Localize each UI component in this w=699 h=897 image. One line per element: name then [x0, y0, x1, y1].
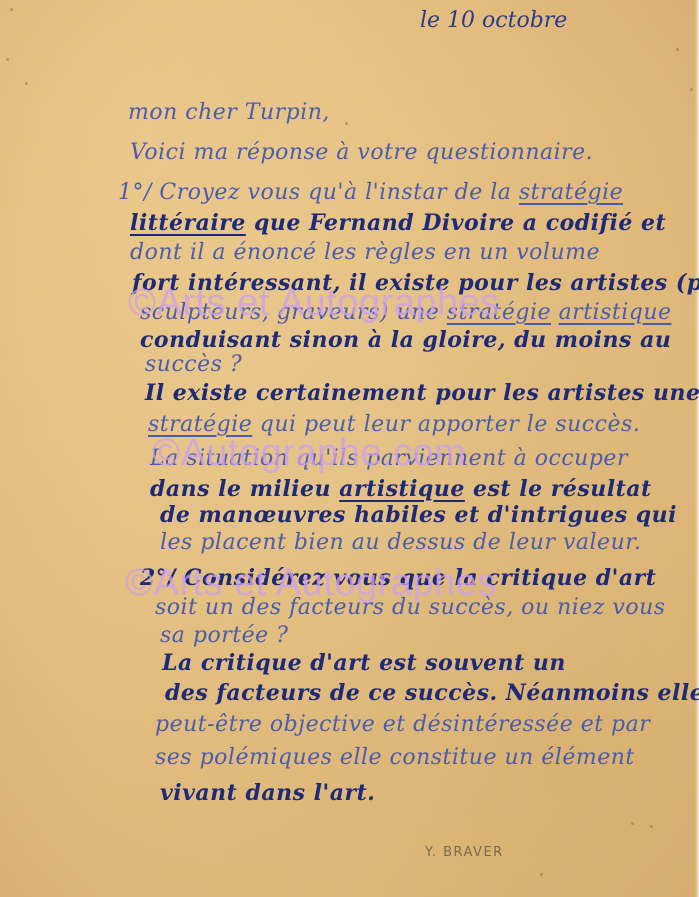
salutation: mon cher Turpin,: [128, 100, 330, 125]
letter-page: le 10 octobre mon cher Turpin, Voici ma …: [0, 0, 699, 897]
underlined-word: littéraire: [130, 210, 246, 236]
question-1-line-7: succès ?: [145, 352, 242, 377]
answer-1-line-3: La situation qu'ils parviennent à occupe…: [150, 446, 628, 471]
question-2-line-2: soit un des facteurs du succès, ou niez …: [155, 595, 666, 620]
paper-speck: [631, 822, 634, 825]
paper-speck: [345, 122, 348, 125]
paper-speck: [25, 82, 28, 85]
question-1-line-3: dont il a énoncé les règles en un volume: [130, 240, 600, 265]
paper-speck: [690, 88, 693, 91]
underlined-word: stratégie: [148, 412, 252, 437]
paper-speck: [676, 48, 679, 51]
answer-1-line-6: les placent bien au dessus de leur valeu…: [160, 530, 641, 555]
paper-speck: [650, 825, 653, 828]
question-1-line-4: fort intéressant, il existe pour les art…: [132, 270, 699, 296]
answer-2-line-1: La critique d'art est souvent un: [162, 650, 566, 676]
answer-1-line-2: stratégie qui peut leur apporter le succ…: [148, 412, 640, 437]
answer-1-line-4: dans le milieu artistique est le résulta…: [150, 476, 652, 502]
answer-1-line-5: de manœuvres habiles et d'intrigues qui: [160, 502, 677, 528]
question-1-line-6: conduisant sinon à la gloire, du moins a…: [140, 327, 671, 353]
underlined-word: stratégie: [519, 180, 623, 205]
question-2-line-3: sa portée ?: [160, 623, 288, 648]
paper-speck: [10, 8, 13, 11]
signature-stamp: Y. BRAVER: [425, 845, 504, 860]
underlined-word: artistique: [559, 300, 672, 325]
answer-2-line-4: ses polémiques elle constitue un élément: [155, 745, 635, 770]
answer-2-line-5: vivant dans l'art.: [160, 780, 375, 806]
paper-edge: [695, 0, 699, 897]
paper-speck: [6, 58, 9, 61]
question-1-line-1: 1°/ Croyez vous qu'à l'instar de la stra…: [118, 180, 623, 205]
underlined-word: artistique: [339, 476, 465, 502]
question-1-line-5: sculpteurs, graveurs) une stratégie arti…: [140, 300, 672, 325]
answer-2-line-3: peut-être objective et désintéressée et …: [155, 712, 650, 737]
underlined-word: stratégie: [447, 300, 551, 325]
intro-line: Voici ma réponse à votre questionnaire.: [130, 140, 593, 165]
question-2-line-1: 2°/ Considérez vous que la critique d'ar…: [140, 565, 656, 591]
question-1-line-2: littéraire que Fernand Divoire a codifié…: [130, 210, 666, 236]
letter-date: le 10 octobre: [420, 8, 567, 33]
paper-speck: [540, 873, 543, 876]
question-1-line-1-text: 1°/ Croyez vous qu'à l'instar de la stra…: [118, 180, 623, 205]
answer-1-line-1: Il existe certainement pour les artistes…: [145, 380, 699, 406]
answer-2-line-2: des facteurs de ce succès. Néanmoins ell…: [165, 680, 699, 706]
